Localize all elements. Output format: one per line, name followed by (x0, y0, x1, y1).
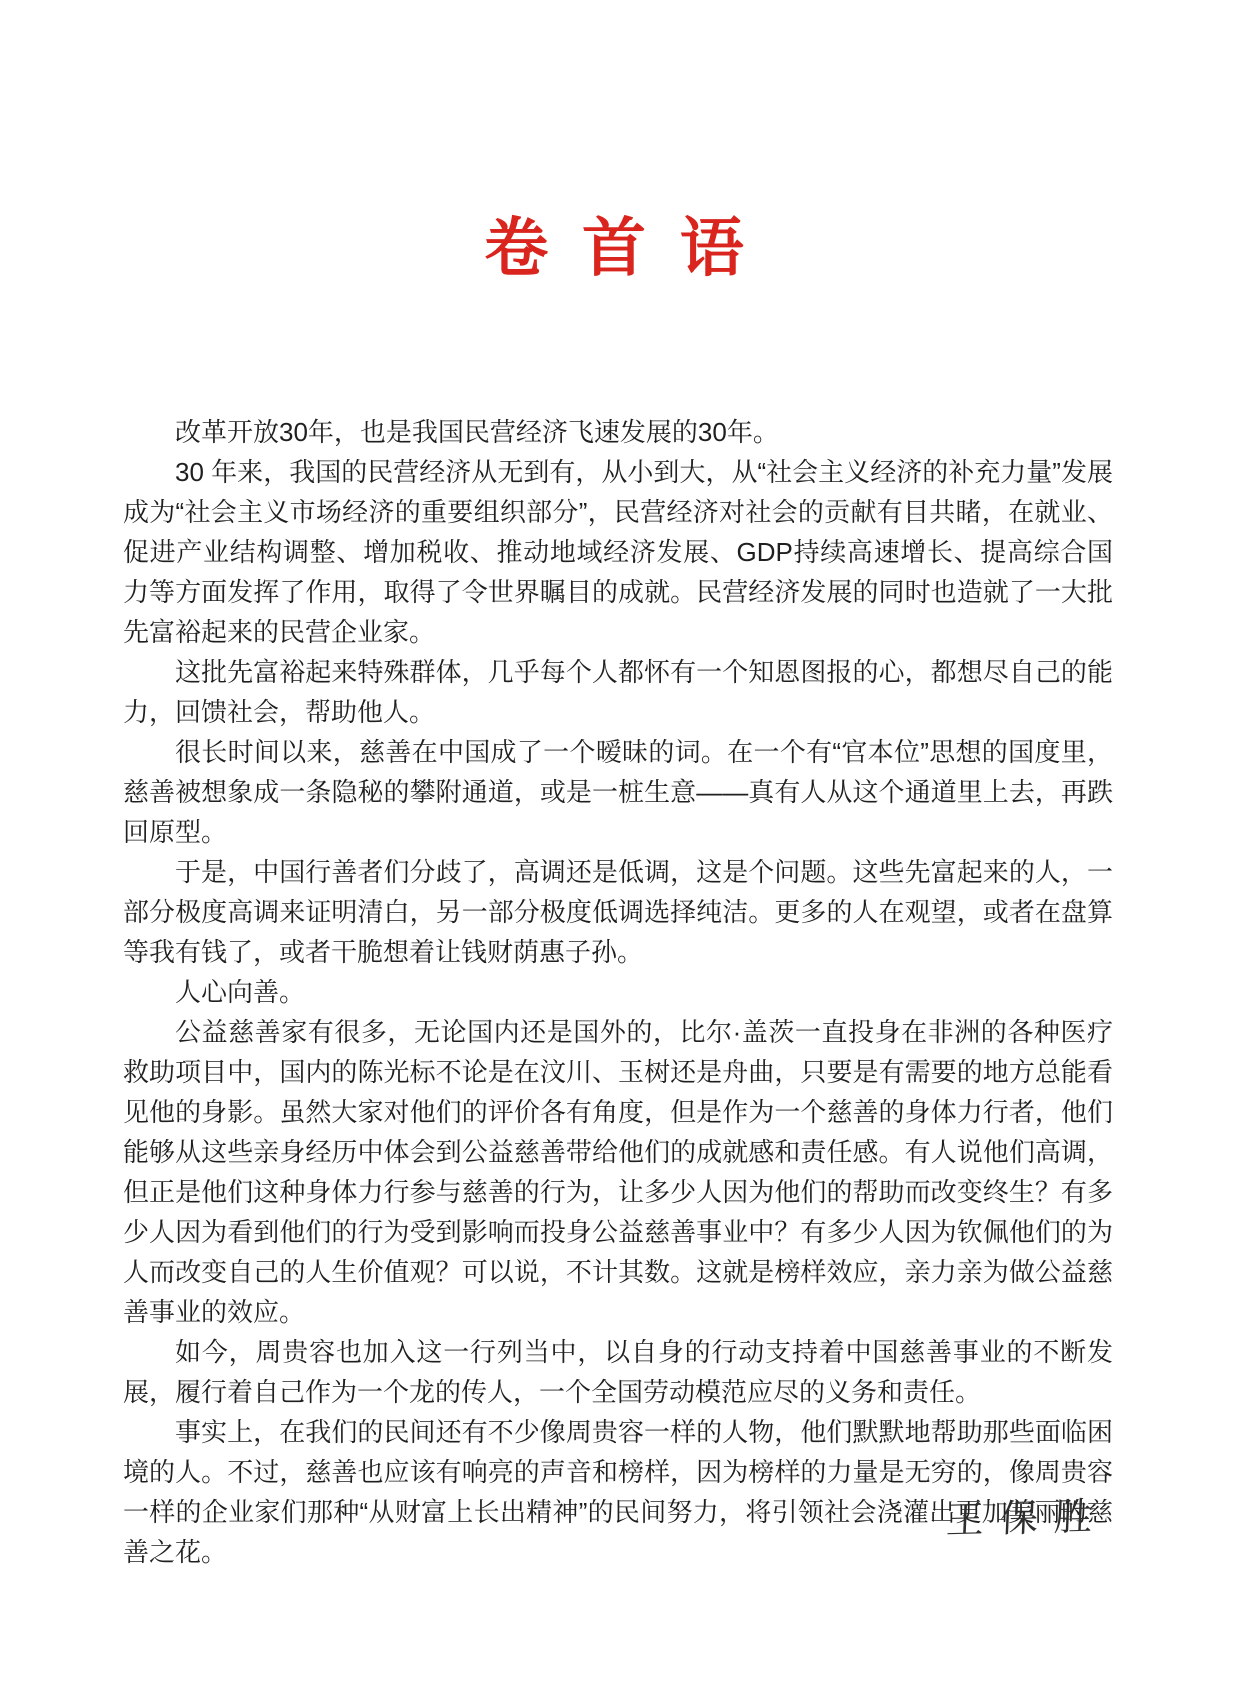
signature: 王保胜 (945, 1494, 1109, 1544)
paragraph: 人心向善。 (123, 972, 1113, 1012)
paragraph: 改革开放30年，也是我国民营经济飞速发展的30年。 (123, 412, 1113, 452)
page-title: 卷 首 语 (123, 208, 1113, 288)
paragraph: 事实上，在我们的民间还有不少像周贵容一样的人物，他们默默地帮助那些面临困境的人。… (123, 1412, 1113, 1572)
document-page: 卷 首 语 改革开放30年，也是我国民营经济飞速发展的30年。 30 年来，我国… (0, 0, 1240, 1683)
body-text: 改革开放30年，也是我国民营经济飞速发展的30年。 30 年来，我国的民营经济从… (123, 412, 1113, 1572)
paragraph: 很长时间以来，慈善在中国成了一个暧昧的词。在一个有“官本位”思想的国度里，慈善被… (123, 732, 1113, 852)
paragraph: 30 年来，我国的民营经济从无到有，从小到大，从“社会主义经济的补充力量”发展成… (123, 452, 1113, 652)
paragraph: 公益慈善家有很多，无论国内还是国外的，比尔·盖茨一直投身在非洲的各种医疗救助项目… (123, 1012, 1113, 1332)
paragraph: 于是，中国行善者们分歧了，高调还是低调，这是个问题。这些先富起来的人，一部分极度… (123, 852, 1113, 972)
paragraph: 这批先富裕起来特殊群体，几乎每个人都怀有一个知恩图报的心，都想尽自己的能力，回馈… (123, 652, 1113, 732)
paragraph: 如今，周贵容也加入这一行列当中，以自身的行动支持着中国慈善事业的不断发展，履行着… (123, 1332, 1113, 1412)
